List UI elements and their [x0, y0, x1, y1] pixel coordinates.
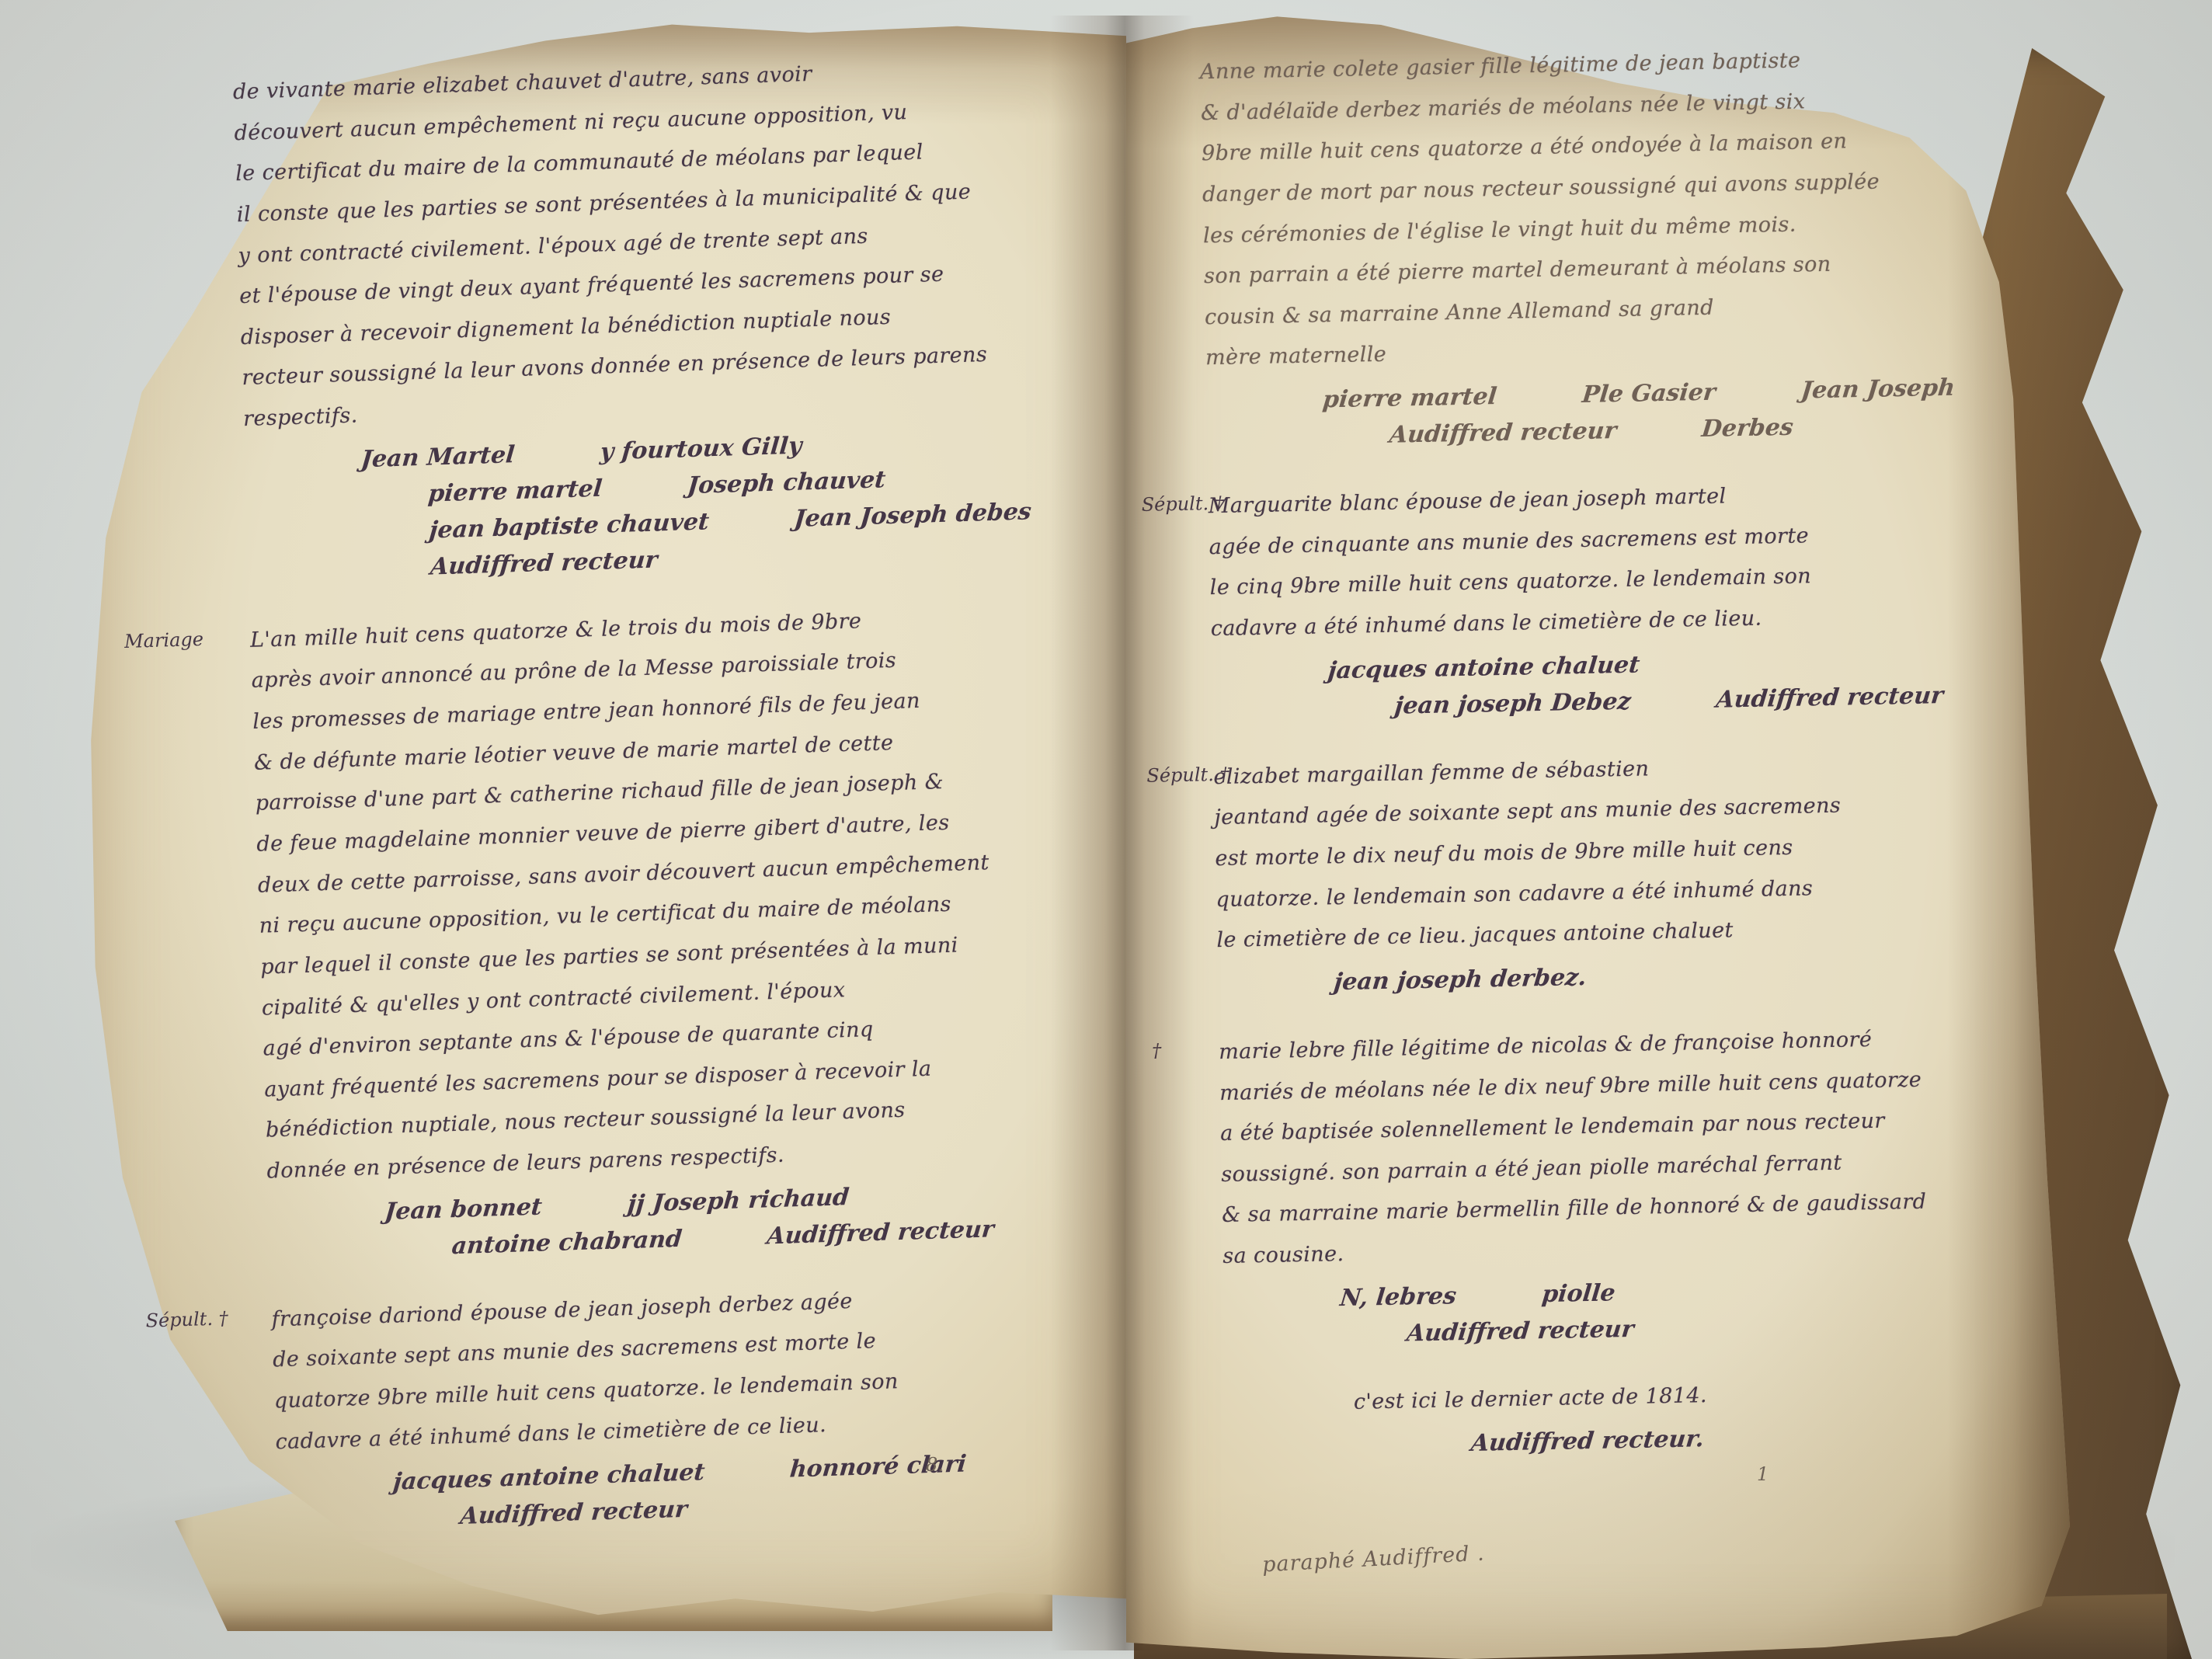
signature-row: jean joseph derbez. [1334, 953, 2137, 996]
register-entry: Sépult. †elizabet margaillan femme de sé… [1213, 739, 2138, 998]
right-page-mark: 1 [1757, 1463, 1769, 1485]
left-page-mark: 8. [926, 1454, 944, 1476]
signature: Audiffred recteur [1388, 417, 1618, 449]
signature-row: Audiffred recteur. [1471, 1417, 2148, 1458]
margin-note: Mariage [124, 628, 204, 652]
signature: Audiffred recteur [1405, 1316, 1635, 1348]
signature: Audiffred recteur [459, 1496, 688, 1530]
register-entry: MariageL'an mille huit cens quatorze & l… [249, 590, 1243, 1265]
register-entry: Sépult. †Marguarite blanc épouse de jean… [1208, 469, 2133, 723]
register-entry: Sépult. †françoise dariond épouse de jea… [271, 1269, 1253, 1536]
signature-row: Audiffred recteur [1407, 1306, 2144, 1347]
signature-row: Audiffred recteurDerbes [1389, 408, 2127, 449]
signature: Audiffred recteur [430, 546, 659, 580]
margin-note: Sépult. † [1146, 763, 1229, 786]
signature-row: N, lebrespiolle [1340, 1269, 2144, 1312]
signature-row: jacques antoine chaluet [1328, 642, 2132, 684]
register-entry: †marie lebre fille légitime de nicolas &… [1219, 1014, 2145, 1351]
signature: jacques antoine chaluet [1327, 651, 1641, 684]
margin-note: Sépult. † [145, 1307, 228, 1331]
signature-row: pierre martelPle GasierJean Joseph [1323, 371, 2127, 414]
signature: jj Joseph richaud [626, 1184, 850, 1218]
manuscript-line: c'est ici le dernier acte de 1814. [1353, 1367, 2146, 1423]
photograph-of-open-register: de vivante marie elizabet chauvet d'autr… [0, 0, 2212, 1659]
left-page-text: de vivante marie elizabet chauvet d'autr… [65, 27, 1279, 1630]
signature: pierre martel [1321, 383, 1498, 413]
register-entry: c'est ici le dernier acte de 1814.Audiff… [1353, 1367, 2147, 1459]
signature: Joseph chauvet [686, 466, 886, 499]
signature: Jean bonnet [384, 1193, 544, 1225]
register-entry: de vivante marie elizabet chauvet d'autr… [232, 42, 1223, 586]
signature: jean baptiste chauvet [428, 508, 710, 544]
signature: N, lebres [1339, 1282, 1458, 1312]
register-entry: Anne marie colete gasier fille légitime … [1200, 35, 2128, 453]
signature-row: jean joseph DebezAudiffred recteur [1394, 678, 2132, 719]
signature: jean joseph Debez [1393, 687, 1632, 719]
right-page-text: Anne marie colete gasier fille légitime … [1125, 18, 2205, 1654]
signature: Ple Gasier [1581, 379, 1716, 409]
signature: Jean Martel [360, 441, 516, 473]
signature: jacques antoine chaluet [392, 1459, 706, 1496]
signature: Audiffred recteur. [1469, 1426, 1706, 1458]
signature: jean joseph derbez. [1333, 964, 1588, 996]
signature: Jean Joseph debes [793, 498, 1032, 533]
signature: y fourtoux Gilly [599, 432, 803, 465]
signature: Audiffred recteur [1715, 682, 1945, 714]
signature: pierre martel [427, 475, 603, 507]
signature: Audiffred recteur [766, 1216, 995, 1250]
signature: antoine chabrand [450, 1226, 683, 1260]
margin-note: Sépult. † [1141, 492, 1224, 516]
signature: Derbes [1700, 414, 1794, 443]
signature: piolle [1540, 1279, 1616, 1308]
margin-note: † [1152, 1039, 1162, 1061]
signature: Jean Joseph [1800, 374, 1956, 405]
